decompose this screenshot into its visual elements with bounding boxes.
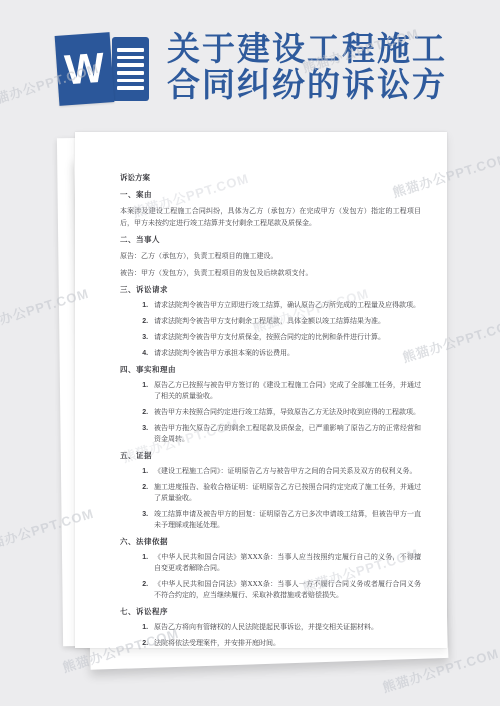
- title-line-1: 关于建设工程施工: [167, 32, 447, 68]
- section-heading: 六、法律依据: [120, 536, 421, 547]
- list-item: 竣工结算申请及被告甲方的回复：证明原告乙方已多次申请竣工结算，但被告甲方一直未予…: [150, 509, 421, 531]
- section-heading: 四、事实和理由: [120, 364, 421, 375]
- list-item: 《中华人民共和国合同法》第XXX条：当事人应当按照约定履行自己的义务，不得擅自变…: [150, 552, 421, 574]
- claims-list: 请求法院判令被告甲方立即进行竣工结算，确认原告乙方所完成的工程量及应得款项。 请…: [120, 300, 421, 359]
- list-item: 《建设工程施工合同》：证明原告乙方与被告甲方之间的合同关系及双方的权利义务。: [150, 466, 421, 477]
- facts-list: 原告乙方已按照与被告甲方签订的《建设工程施工合同》完成了全部施工任务，并通过了相…: [120, 380, 421, 445]
- title-line-2: 合同纠纷的诉讼方: [167, 68, 447, 104]
- document-content: 诉讼方案 一、案由 本案涉及建设工程施工合同纠纷，具体为乙方（承包方）在完成甲方…: [120, 172, 421, 648]
- section-paragraph: 被告：甲方（发包方），负责工程项目的发包及后续款项支付。: [120, 267, 421, 279]
- procedure-list: 原告乙方将向有管辖权的人民法院提起民事诉讼，并提交相关证据材料。 法院将依法受理…: [120, 622, 421, 648]
- evidence-list: 《建设工程施工合同》：证明原告乙方与被告甲方之间的合同关系及双方的权利义务。 施…: [120, 466, 421, 531]
- section-heading: 七、诉讼程序: [120, 606, 421, 617]
- section-heading: 五、证据: [120, 450, 421, 461]
- preview-screen: W 关于建设工程施工 合同纠纷的诉讼方 诉讼方案 一、案由 本案涉及建设工程施工…: [0, 0, 500, 706]
- list-item: 《中华人民共和国合同法》第XXX条：当事人一方不履行合同义务或者履行合同义务不符…: [150, 579, 421, 601]
- word-icon: W: [56, 30, 151, 108]
- list-item: 请求法院判令被告甲方支付质保金，按照合同约定的比例和条件进行计算。: [150, 332, 421, 343]
- section-heading: 二、当事人: [120, 234, 421, 245]
- word-document-icon: [112, 37, 149, 101]
- header: W 关于建设工程施工 合同纠纷的诉讼方: [0, 0, 500, 130]
- list-item: 请求法院判令被告甲方立即进行竣工结算，确认原告乙方所完成的工程量及应得款项。: [150, 300, 421, 311]
- document-page: 诉讼方案 一、案由 本案涉及建设工程施工合同纠纷，具体为乙方（承包方）在完成甲方…: [75, 132, 447, 648]
- section-paragraph: 本案涉及建设工程施工合同纠纷，具体为乙方（承包方）在完成甲方（发包方）指定的工程…: [120, 205, 421, 229]
- list-item: 请求法院判令被告甲方承担本案的诉讼费用。: [150, 348, 421, 359]
- list-item: 被告甲方未按照合同约定进行竣工结算，导致原告乙方无法及时收到应得的工程款项。: [150, 407, 421, 418]
- list-item: 请求法院判令被告甲方支付剩余工程尾款，具体金额以竣工结算结果为准。: [150, 316, 421, 327]
- section-heading: 三、诉讼请求: [120, 284, 421, 295]
- list-item: 施工进度报告、验收合格证明：证明原告乙方已按照合同约定完成了施工任务，并通过了质…: [150, 482, 421, 504]
- list-item: 被告甲方拖欠原告乙方的剩余工程尾款及质保金，已严重影响了原告乙方的正常经营和资金…: [150, 423, 421, 445]
- word-w-icon: W: [55, 32, 115, 106]
- page-title: 关于建设工程施工 合同纠纷的诉讼方: [167, 30, 447, 104]
- word-letter: W: [63, 47, 105, 92]
- section-paragraph: 原告：乙方（承包方），负责工程项目的施工建设。: [120, 250, 421, 262]
- legal-basis-list: 《中华人民共和国合同法》第XXX条：当事人应当按照约定履行自己的义务，不得擅自变…: [120, 552, 421, 601]
- doc-title: 诉讼方案: [120, 172, 421, 183]
- list-item: 原告乙方已按照与被告甲方签订的《建设工程施工合同》完成了全部施工任务，并通过了相…: [150, 380, 421, 402]
- section-heading: 一、案由: [120, 189, 421, 200]
- list-item: 原告乙方将向有管辖权的人民法院提起民事诉讼，并提交相关证据材料。: [150, 622, 421, 633]
- list-item: 法院将依法受理案件，并安排开庭时间。: [150, 638, 421, 648]
